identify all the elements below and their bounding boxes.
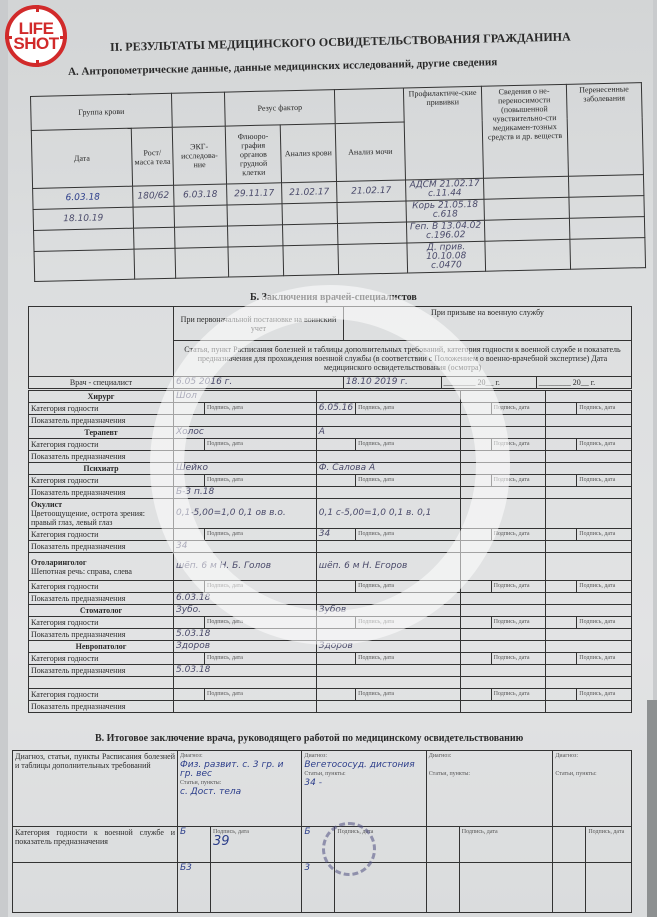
- signature-label: Подпись, дата: [356, 529, 461, 541]
- header-urine-test: Анализ мочи: [335, 122, 405, 182]
- article-description: Статья, пункт Расписания болезней и табл…: [174, 341, 632, 377]
- purpose-label: Показатель предназначения: [29, 629, 174, 641]
- signature-label: Подпись, дата: [356, 403, 461, 415]
- specialist-name: Стоматолог: [29, 605, 174, 617]
- diag-value-1: Физ. развит. с. 3 гр. и гр. вес: [180, 761, 299, 779]
- signature-label: Подпись, дата: [491, 653, 546, 665]
- purpose-value-1: Б3: [178, 863, 211, 913]
- signature-label: Подпись, дата: [577, 439, 632, 451]
- purpose-value-2: 3: [302, 863, 335, 913]
- table-row: Показатель предназначения: [29, 451, 632, 463]
- cell-date: 6.03.18: [33, 186, 133, 209]
- signature-label: Подпись, дата: [491, 689, 546, 701]
- table-row: Категория годностиПодпись, датаПодпись, …: [29, 653, 632, 665]
- table-row: Показатель предназначения34: [29, 541, 632, 553]
- signature-label: Подпись, дата: [205, 403, 317, 415]
- cell-fluoro: 29.11.17: [227, 183, 282, 205]
- category-label: Категория годности: [29, 439, 174, 451]
- signature-label: Подпись, дата: [205, 581, 317, 593]
- category-label: Категория годности: [29, 529, 174, 541]
- section-a-table: Группа крови Резус фактор Профилактиче-с…: [30, 82, 646, 282]
- handwritten-entry: А: [316, 427, 460, 439]
- official-stamp: [322, 822, 376, 876]
- diagnosis-label: Диагноз, статьи, пункты Расписания болез…: [13, 751, 178, 827]
- specialist-name: Хирург: [29, 391, 174, 403]
- doctor-specialist-label: Врач - специалист: [29, 377, 174, 389]
- section-v-table: Диагноз, статьи, пункты Расписания болез…: [12, 750, 632, 913]
- diag-label-3: Диагноз:: [429, 752, 551, 761]
- signature-label: Подпись, дата: [356, 475, 461, 487]
- signature-label: Подпись, дата: [491, 617, 546, 629]
- cell-vaccination: Геп. В 13.04.02 с.196.02: [406, 220, 484, 243]
- signature-label: Подпись, дата: [356, 617, 461, 629]
- conscription-header: При призыве на военную службу: [343, 307, 631, 341]
- signature-label: Подпись, дата: [577, 475, 632, 487]
- exam-date-4: ________ 20__ г.: [536, 377, 631, 389]
- handwritten-entry: Здоров: [174, 641, 317, 653]
- signature-label: Подпись, дата: [205, 529, 317, 541]
- handwritten-entry: [316, 391, 460, 403]
- handwritten-entry: 0,1 с-5,00=1,0 0,1 в. 0,1: [316, 499, 460, 529]
- table-row: Категория годностиПодпись, датаПодпись, …: [29, 475, 632, 487]
- diag-value-2: Вегетососуд. дистония: [304, 761, 423, 770]
- specialist-header-row: СтоматологЗубо.Зубов: [29, 605, 632, 617]
- header-vaccinations: Профилактиче-ские прививки: [403, 86, 483, 180]
- purpose-label: Показатель предназначения: [29, 541, 174, 553]
- table-row: Показатель предназначения5.03.18: [29, 629, 632, 641]
- cell-urine: 21.02.17: [337, 180, 406, 203]
- handwritten-entry: Шол: [174, 391, 317, 403]
- category-label: Категория годности: [29, 617, 174, 629]
- handwritten-entry: Зубов: [316, 605, 460, 617]
- signature-label: Подпись, дата: [205, 475, 317, 487]
- table-row: Категория годностиПодпись, дата6.05.16По…: [29, 403, 632, 415]
- initial-registration-header: При первоначальной постановке на воински…: [174, 307, 344, 341]
- logo-text-shot: SHOT: [13, 36, 58, 51]
- category-label: Категория годности к военной службе и по…: [13, 827, 178, 863]
- handwritten-entry: шёп. 6 м Н. Егоров: [316, 553, 460, 581]
- table-row: Категория годностиПодпись, дата34Подпись…: [29, 529, 632, 541]
- section-b-title: Б. Заключения врачей-специалистов: [250, 292, 417, 303]
- cell-vaccination: АДСМ 21.02.17 с.11.44: [406, 178, 484, 201]
- signature-label: Подпись, дата: [577, 529, 632, 541]
- category-label: Категория годности: [29, 475, 174, 487]
- header-fluoro: Флюоро-графия органов грудной клетки: [225, 125, 281, 184]
- table-row: Показатель предназначения: [29, 415, 632, 427]
- specialist-header-row: ОкулистЦветоощущение, острота зрения: пр…: [29, 499, 632, 529]
- cell-vaccination: Корь 21.05.18 с.618: [406, 199, 484, 222]
- signature-label: Подпись, дата: [491, 475, 546, 487]
- art-label-2: Статьи, пункты:: [304, 770, 423, 779]
- lifeshot-logo: LIFE SHOT: [5, 5, 67, 67]
- purpose-label: Показатель предназначения: [29, 487, 174, 499]
- section-b-table: При первоначальной постановке на воински…: [28, 306, 632, 389]
- table-row: Показатель предназначения6.03.18: [29, 593, 632, 605]
- purpose-label: Показатель предназначения: [29, 665, 174, 677]
- signature-label: Подпись, дата: [356, 689, 461, 701]
- art-label-3: Статьи, пункты:: [429, 770, 551, 779]
- category-label: Категория годности: [29, 653, 174, 665]
- signature-label: Подпись, дата: [205, 689, 317, 701]
- specialist-name: ОкулистЦветоощущение, острота зрения: пр…: [29, 499, 174, 529]
- header-rhesus: Резус фактор: [224, 90, 335, 126]
- specialist-header-row: НевропатологЗдоровЗдоров: [29, 641, 632, 653]
- handwritten-entry: Зубо.: [174, 605, 317, 617]
- category-label: Категория годности: [29, 581, 174, 593]
- signature-label: Подпись, дата: [577, 403, 632, 415]
- cell-date: 18.10.19: [33, 207, 133, 230]
- page-edge: [647, 700, 657, 917]
- specialist-header-row: ТерапевтХолосА: [29, 427, 632, 439]
- signature-label: Подпись, дата: [491, 529, 546, 541]
- signature-label: Подпись, дата: [205, 653, 317, 665]
- category-value-1: Б: [178, 827, 211, 863]
- signature-label: Подпись, дата: [356, 653, 461, 665]
- specialist-name: Психиатр: [29, 463, 174, 475]
- handwritten-entry: Шейко: [174, 463, 317, 475]
- header-blood-test: Анализ крови: [280, 124, 336, 183]
- purpose-label: Показатель предназначения: [29, 415, 174, 427]
- specialist-name: Невропатолог: [29, 641, 174, 653]
- sig-label: Подпись, дата: [588, 828, 629, 837]
- table-row: Категория годностиПодпись, датаПодпись, …: [29, 617, 632, 629]
- handwritten-entry: шёп. 6 м Н. Б. Голов: [174, 553, 317, 581]
- signature-label: Подпись, дата: [577, 581, 632, 593]
- cell-blood: 21.02.17: [282, 182, 337, 204]
- signature-label: Подпись, дата: [491, 581, 546, 593]
- signature-label: Подпись, дата: [577, 653, 632, 665]
- table-row: Категория годностиПодпись, датаПодпись, …: [29, 439, 632, 451]
- signature-label: Подпись, дата: [491, 439, 546, 451]
- art-value-1: с. Дост. тела: [180, 788, 299, 797]
- handwritten-entry: Здоров: [316, 641, 460, 653]
- table-row: Показатель предназначенияБ-3 п.18: [29, 487, 632, 499]
- header-height-weight: Рост/ масса тела: [131, 127, 173, 186]
- header-blood-group: Группа крови: [31, 93, 173, 130]
- signature-label: Подпись, дата: [205, 617, 317, 629]
- specialist-name: ОтоларингологШепотная речь: справа, слев…: [29, 553, 174, 581]
- purpose-label: Показатель предназначения: [29, 593, 174, 605]
- handwritten-entry: 0,1-5,00=1,0 0,1 ов в.о.: [174, 499, 317, 529]
- section-v-title: В. Итоговое заключение врача, руководяще…: [95, 733, 523, 744]
- specialists-table: ХирургШолКатегория годностиПодпись, дата…: [28, 390, 632, 713]
- table-row: Категория годностиПодпись, датаПодпись, …: [29, 689, 632, 701]
- signature-label: Подпись, дата: [491, 403, 546, 415]
- header-diseases: Перенесенные заболевания: [566, 83, 643, 177]
- category-label: Категория годности: [29, 403, 174, 415]
- purpose-label: Показатель предназначения: [29, 701, 174, 713]
- art-label-4: Статьи, пункты:: [555, 770, 629, 779]
- sig-label: Подпись, дата: [462, 828, 551, 837]
- exam-date-1: 6.05 2016 г.: [174, 377, 344, 389]
- handwritten-entry: Ф. Салова А: [316, 463, 460, 475]
- exam-date-3: ________ 20__ г.: [441, 377, 536, 389]
- specialist-header-row: ПсихиатрШейкоФ. Салова А: [29, 463, 632, 475]
- signature-label: Подпись, дата: [356, 439, 461, 451]
- header-date: Дата: [31, 128, 132, 188]
- cell-vaccination: Д. прив. 10.10.08 с.0470: [407, 241, 486, 273]
- purpose-label: Показатель предназначения: [29, 451, 174, 463]
- signature-label: Подпись, дата: [577, 617, 632, 629]
- specialist-name: Терапевт: [29, 427, 174, 439]
- specialist-header-row: ХирургШол: [29, 391, 632, 403]
- table-row: Показатель предназначения: [29, 701, 632, 713]
- cell-ecg: 6.03.18: [174, 184, 227, 206]
- art-value-2: 34 -: [304, 779, 423, 788]
- header-intolerance: Сведения о не-переносимости (повышенной …: [481, 84, 568, 178]
- cell-height-weight: 180/62: [133, 185, 174, 207]
- signature-label: Подпись, дата: [577, 689, 632, 701]
- specialist-header-row: ОтоларингологШепотная речь: справа, слев…: [29, 553, 632, 581]
- header-ecg: ЭКГ-исследова-ние: [172, 126, 226, 185]
- category-code-1: 39: [213, 837, 299, 846]
- table-row: Категория годностиПодпись, датаПодпись, …: [29, 581, 632, 593]
- exam-date-2: 18.10 2019 г.: [343, 377, 441, 389]
- category-label: Категория годности: [29, 689, 174, 701]
- signature-label: Подпись, дата: [205, 439, 317, 451]
- signature-label: Подпись, дата: [356, 581, 461, 593]
- table-row: Показатель предназначения5.03.18: [29, 665, 632, 677]
- handwritten-entry: Холос: [174, 427, 317, 439]
- diag-label-4: Диагноз:: [555, 752, 629, 761]
